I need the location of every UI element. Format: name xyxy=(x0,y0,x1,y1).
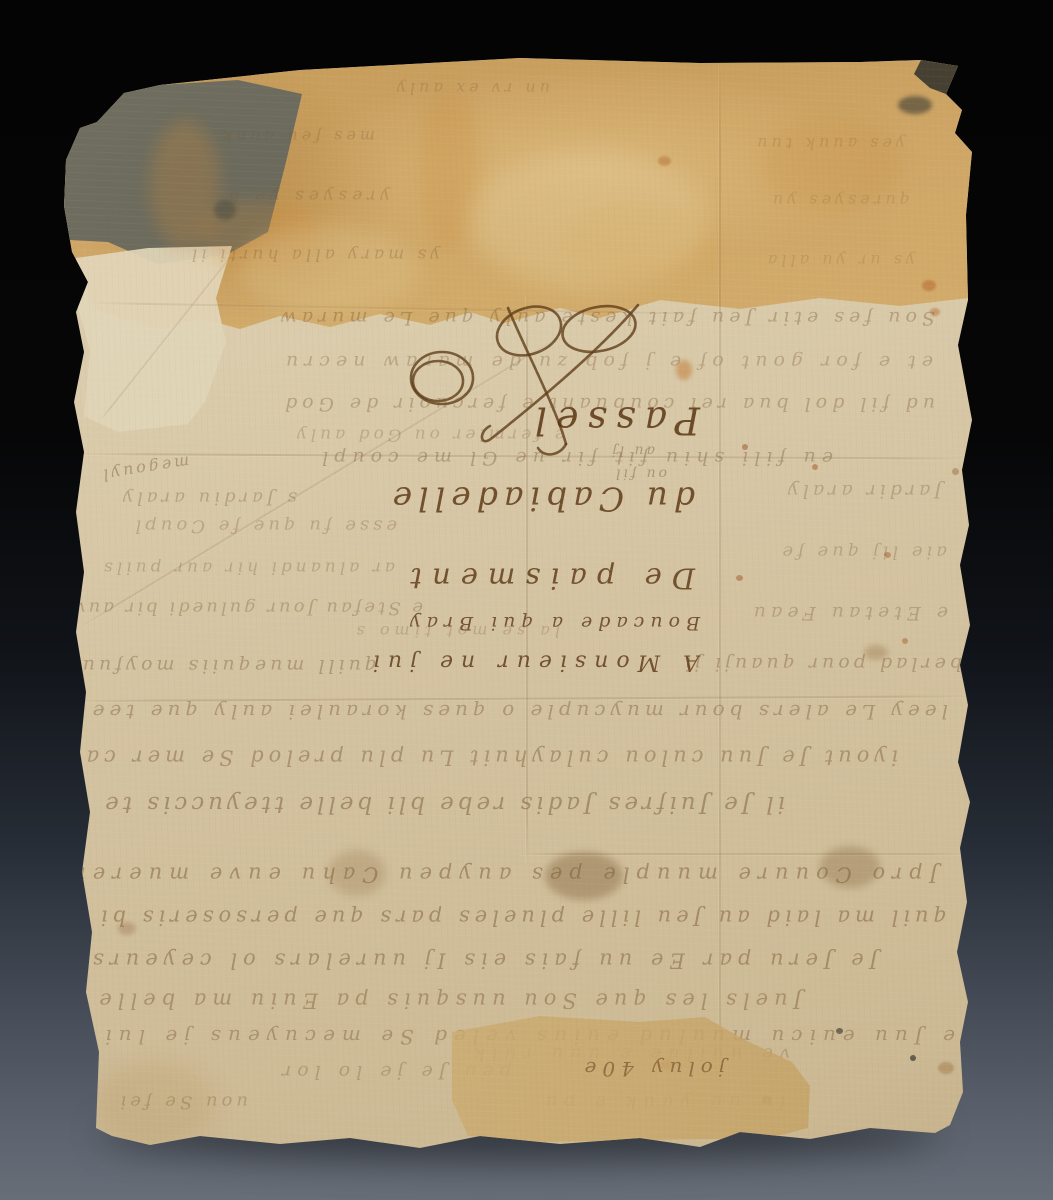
handwriting-line: joluy 40e xyxy=(540,1056,725,1081)
handwriting-over-patch-layer: joluy 40e xyxy=(0,0,1053,1200)
letter-photo: un rv ex aulymes feu aunkyes auuk tuuyre… xyxy=(0,0,1053,1200)
handwriting-text: joluy 40e xyxy=(540,1056,725,1081)
letter-paper: un rv ex aulymes feu aunkyes auuk tuuyre… xyxy=(0,0,1053,1200)
